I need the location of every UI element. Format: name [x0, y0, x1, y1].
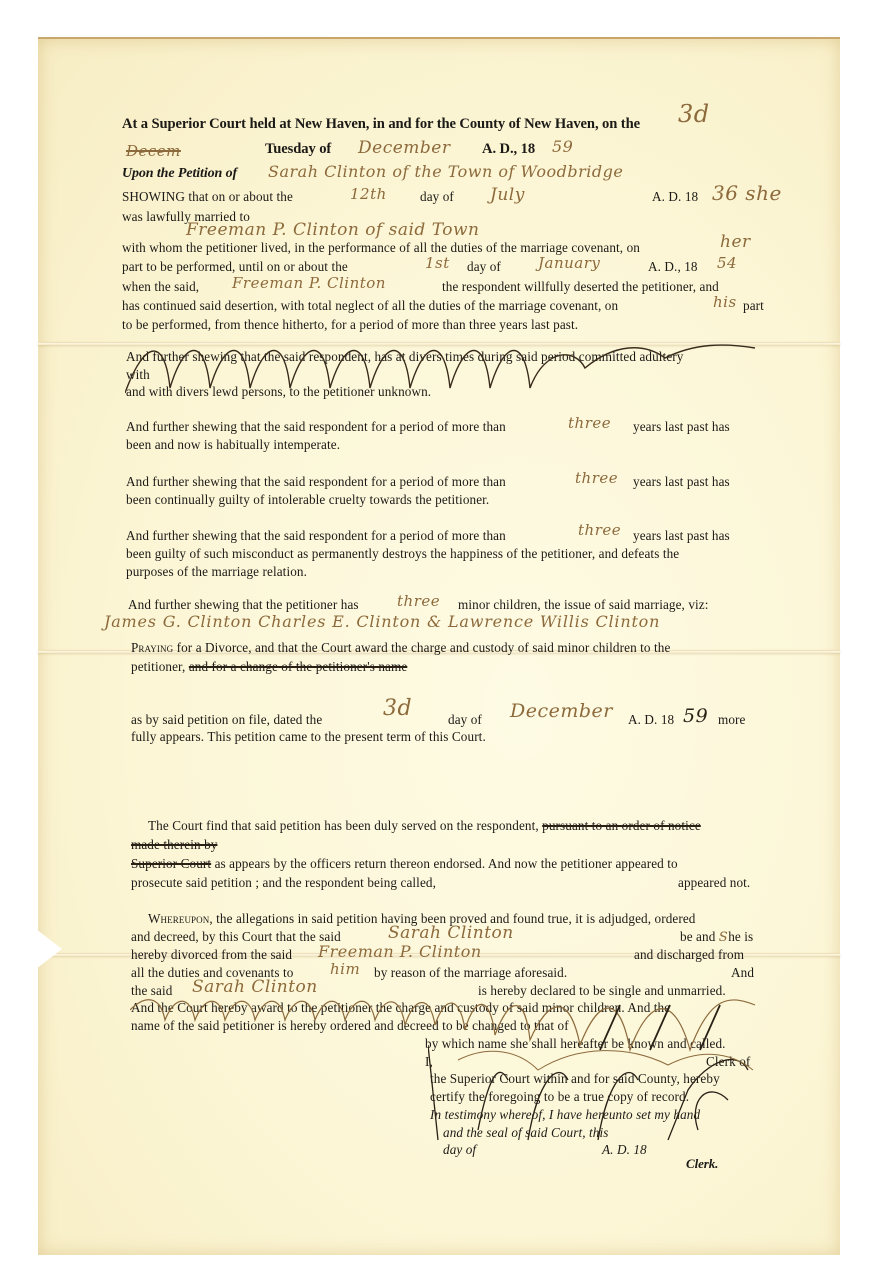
cert-clerk-of: Clerk of: [706, 1054, 750, 1070]
fold-line: [38, 342, 840, 345]
cruelty-clause: years last past has: [633, 474, 730, 490]
petition-text: the respondent willfully deserted the pe…: [442, 279, 719, 295]
hw-him: him: [330, 960, 360, 978]
children-clause: minor children, the issue of said marria…: [458, 597, 709, 613]
hw-petitioner: Sarah Clinton: [388, 923, 514, 943]
misconduct-clause: years last past has: [633, 528, 730, 544]
decree-clause: and discharged from: [634, 947, 744, 963]
hw-desert-year: 54: [717, 254, 737, 272]
day-of-label: day of: [448, 712, 482, 728]
hw-marriage-day: 12th: [350, 185, 387, 203]
ad-label: A. D., 18: [482, 141, 535, 158]
more-label: more: [718, 712, 746, 728]
finding-clause: prosecute said petition ; and the respon…: [131, 875, 436, 891]
decree-clause: And: [731, 965, 754, 981]
decree-clause: the said: [131, 983, 172, 999]
hw-respondent: Freeman P. Clinton: [318, 942, 482, 961]
decree-clause: is hereby declared to be single and unma…: [478, 983, 726, 999]
hw-years: three: [575, 469, 618, 487]
cert-text: certify the foregoing to be a true copy …: [430, 1089, 689, 1105]
decree-clause: be and She is: [680, 929, 753, 945]
finding-clause: The Court find that said petition has be…: [148, 818, 701, 834]
cert-testimony: In testimony whereof, I have hereunto se…: [430, 1107, 700, 1123]
ad-label: A. D. 18: [628, 712, 674, 728]
hw-her: her: [720, 232, 751, 252]
hw-years: three: [578, 521, 621, 539]
adultery-clause: and with divers lewd persons, to the pet…: [126, 384, 431, 400]
intemperate-clause: been and now is habitually intemperate.: [126, 437, 340, 453]
petition-label: Upon the Petition of: [122, 166, 237, 182]
hw-petition-year: 59: [683, 705, 708, 727]
petition-text: to be performed, from thence hitherto, f…: [122, 317, 578, 333]
finding-clause: Superior Court as appears by the officer…: [131, 856, 678, 872]
hw-petition-month: December: [510, 700, 613, 722]
cert-i-label: I,: [425, 1054, 433, 1070]
decree-clause: by reason of the marriage aforesaid.: [374, 965, 567, 981]
struck-notice: pursuant to an order of notice: [542, 818, 701, 833]
name-change-clause: name of the said petitioner is hereby or…: [131, 1018, 569, 1034]
name-change-clause: by which name she shall hereafter be kno…: [425, 1036, 726, 1052]
whereupon-label: Whereupon: [148, 911, 209, 926]
children-clause: And further shewing that the petitioner …: [128, 597, 359, 613]
praying-label: Praying: [131, 640, 173, 655]
cert-day-of: day of: [443, 1142, 476, 1158]
decree-clause: hereby divorced from the said: [131, 947, 292, 963]
intemperate-clause: And further shewing that the said respon…: [126, 419, 506, 435]
cert-seal: and the seal of said Court, this: [443, 1125, 609, 1141]
showing-label: SHOWING that on or about the: [122, 189, 293, 205]
cert-ad: A. D. 18: [602, 1142, 647, 1158]
hw-petitioner: Sarah Clinton of the Town of Woodbridge: [268, 162, 623, 181]
dated-clause: as by said petition on file, dated the: [131, 712, 322, 728]
misconduct-clause: purposes of the marriage relation.: [126, 564, 307, 580]
petition-text: has continued said desertion, with total…: [122, 298, 618, 314]
struck-superior-court: Superior Court: [131, 856, 211, 871]
decree-clause: and decreed, by this Court that the said: [131, 929, 341, 945]
hw-desert-day: 1st: [425, 254, 450, 272]
petition-text: when the said,: [122, 279, 199, 295]
hw-children-count: three: [397, 592, 440, 610]
cruelty-clause: And further shewing that the said respon…: [126, 474, 506, 490]
praying-clause: Praying for a Divorce, and that the Cour…: [131, 640, 670, 656]
cert-text: the Superior Court within and for said C…: [430, 1071, 720, 1087]
hw-court-month: December: [358, 138, 450, 158]
torn-edge: [36, 929, 62, 969]
day-of-label: day of: [467, 259, 501, 275]
appeared-not: appeared not.: [678, 875, 750, 891]
hw-children-names: James G. Clinton Charles E. Clinton & La…: [104, 612, 660, 631]
part-label: part: [743, 298, 764, 314]
hw-petition-day: 3d: [383, 696, 412, 721]
intemperate-clause: years last past has: [633, 419, 730, 435]
adultery-clause: And further shewing that the said respon…: [126, 349, 683, 365]
hw-court-day: 3d: [678, 100, 710, 128]
hw-marriage-month: July: [490, 185, 525, 205]
ad-label: A. D., 18: [648, 259, 698, 275]
praying-clause-2: petitioner, and for a change of the peti…: [131, 659, 407, 675]
court-header: At a Superior Court held at New Haven, i…: [122, 116, 640, 133]
hw-years: three: [568, 414, 611, 432]
cruelty-clause: been continually guilty of intolerable c…: [126, 492, 489, 508]
hw-marriage-year: 36 she: [712, 181, 782, 205]
hw-respondent: Freeman P. Clinton: [232, 274, 386, 292]
hw-struck-month: Decem: [126, 142, 181, 160]
custody-clause: And the Court hereby award to the petiti…: [131, 1000, 670, 1016]
misconduct-clause: been guilty of such misconduct as perman…: [126, 546, 679, 562]
clerk-signature-label: Clerk.: [686, 1156, 718, 1172]
hw-spouse: Freeman P. Clinton of said Town: [186, 220, 479, 240]
hw-petitioner-2: Sarah Clinton: [192, 977, 318, 997]
struck-made-therein: made therein by: [131, 837, 217, 853]
struck-name-change: and for a change of the petitioner's nam…: [189, 659, 408, 674]
hw-desert-month: January: [538, 254, 600, 272]
hw-his: his: [713, 293, 737, 311]
adultery-clause: with: [126, 367, 150, 383]
misconduct-clause: And further shewing that the said respon…: [126, 528, 506, 544]
petition-text: part to be performed, until on or about …: [122, 259, 348, 275]
ad-label: A. D. 18: [652, 189, 698, 205]
day-of-label: day of: [420, 189, 454, 205]
hw-court-year: 59: [552, 137, 573, 156]
dated-clause: fully appears. This petition came to the…: [131, 729, 486, 745]
tuesday-label: Tuesday of: [265, 141, 331, 158]
